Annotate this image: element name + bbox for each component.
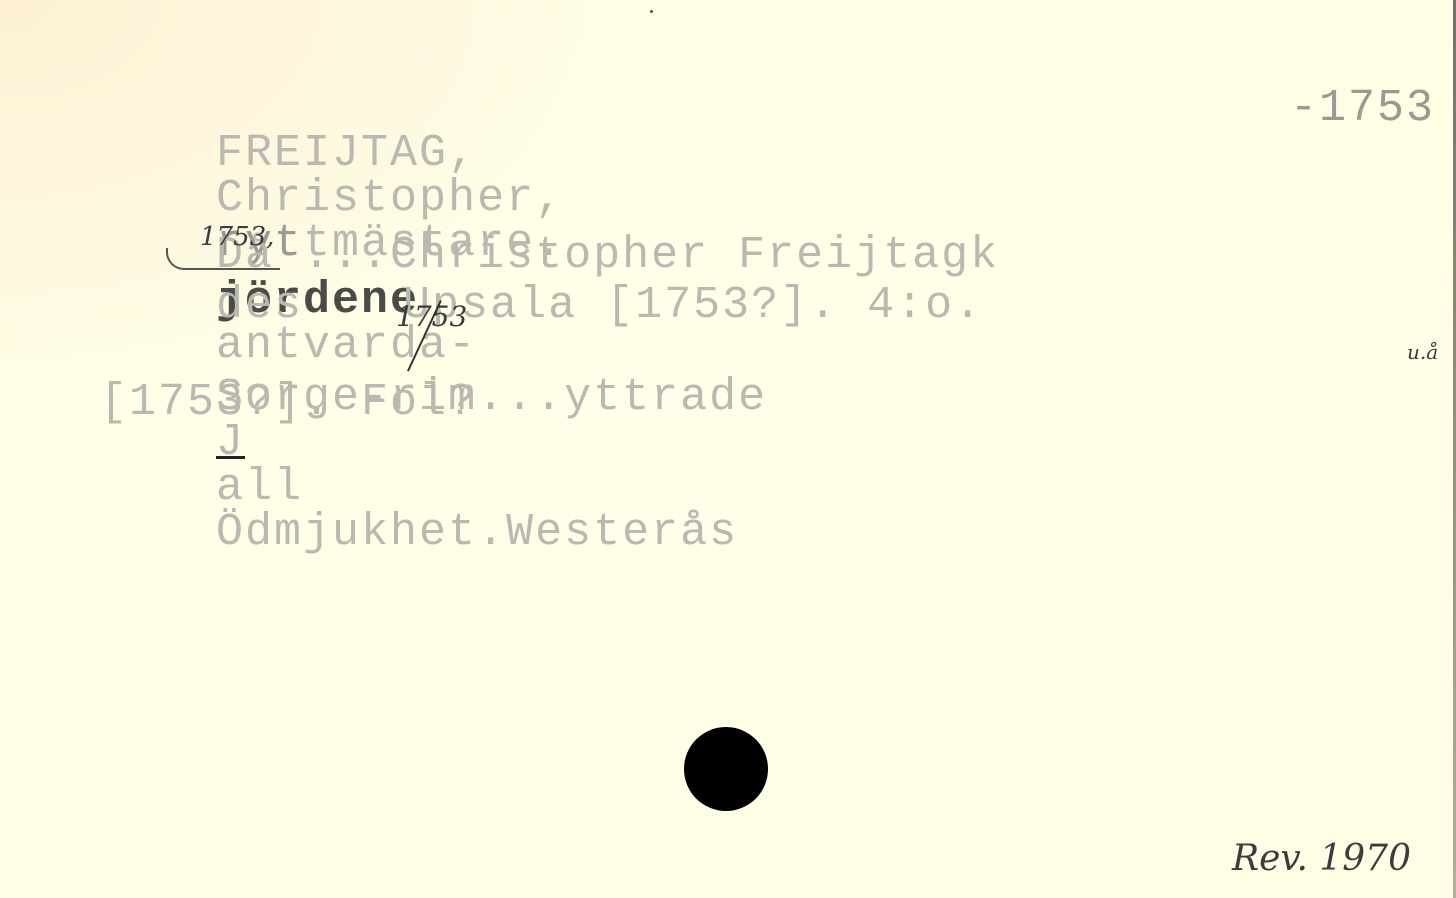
catalog-card: FREIJTAG, Christopher, ryttmästare. -175… bbox=[0, 0, 1456, 898]
handwritten-bracket-mark bbox=[166, 248, 280, 270]
entry1-des: des bbox=[216, 280, 303, 331]
revision-note: Rev. 1970 bbox=[1232, 838, 1411, 879]
handwritten-note-ua: u.å bbox=[1407, 340, 1438, 364]
ink-speck bbox=[650, 10, 653, 13]
entry2-line2: [1753?]. Fol? bbox=[100, 380, 477, 425]
entry2-all: all bbox=[216, 462, 303, 513]
entry2-odmjukhet: Ödmjukhet. bbox=[216, 507, 506, 558]
entry1-imprint: Upsala [1753?]. 4:o. bbox=[403, 280, 983, 331]
entry2-line1: Sorge-rim...yttrade J all Ödmjukhet.West… bbox=[100, 330, 767, 600]
punch-hole bbox=[684, 727, 768, 811]
entry2-yttrade: yttrade bbox=[564, 372, 767, 423]
surname: FREIJTAG, bbox=[216, 128, 477, 179]
heading-date: -1753 bbox=[1290, 86, 1435, 131]
entry2-place: Westerås bbox=[506, 507, 738, 558]
